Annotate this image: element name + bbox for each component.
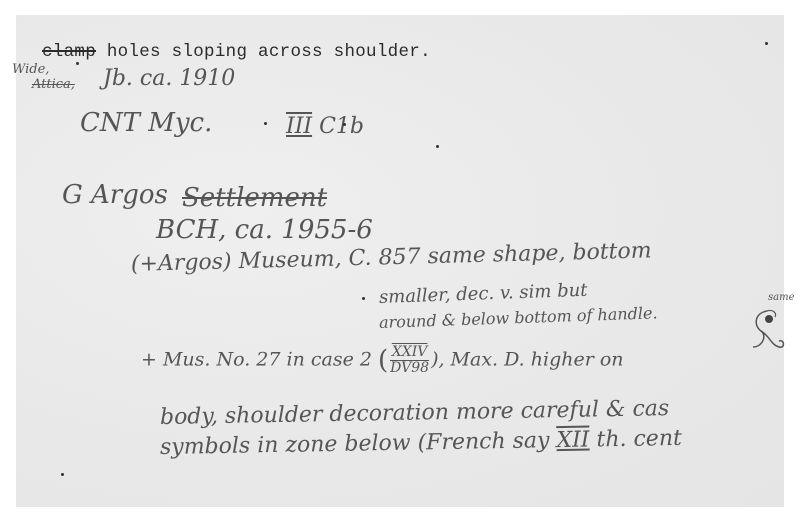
century-roman: XII bbox=[556, 428, 589, 454]
note-card: clamp holes sloping across shoulder. Wid… bbox=[16, 15, 784, 507]
line-body: body, shoulder decoration more careful &… bbox=[160, 396, 670, 430]
spiral-ornament-icon bbox=[749, 307, 789, 357]
class-code: C1b bbox=[319, 114, 364, 139]
note-same: same bbox=[768, 292, 795, 303]
line-smaller: smaller, dec. v. sim but bbox=[379, 280, 588, 308]
line-jb-date: Jb. ca. 1910 bbox=[103, 66, 235, 91]
museum-fraction: XXIVDV98 bbox=[390, 345, 429, 376]
speck bbox=[76, 62, 79, 65]
line-settlement: Settlement bbox=[182, 183, 327, 213]
speck bbox=[343, 123, 346, 126]
typed-text: holes sloping across shoulder. bbox=[96, 42, 431, 62]
speck bbox=[436, 145, 439, 148]
provenance-struck: Attica, bbox=[32, 77, 75, 92]
line-cnt-myc: CNT Myc. bbox=[80, 108, 212, 138]
line-argos: G Argos bbox=[62, 180, 168, 210]
fraction-denominator: DV98 bbox=[390, 361, 429, 376]
symbols-text: symbols in zone below (French say bbox=[160, 428, 550, 460]
speck bbox=[362, 297, 365, 300]
line-around: around & below bottom of handle. bbox=[379, 303, 658, 332]
roman-numeral: III bbox=[286, 114, 312, 139]
typed-line: clamp holes sloping across shoulder. bbox=[42, 42, 431, 62]
fraction-numerator: XXIV bbox=[390, 345, 429, 361]
mus-no-text: + Mus. No. 27 in case 2 bbox=[141, 349, 372, 371]
max-d-text: ), Max. D. higher on bbox=[431, 349, 623, 371]
century-suffix: th. cent bbox=[596, 426, 682, 452]
provenance-insert: Wide, bbox=[12, 62, 49, 77]
speck bbox=[61, 473, 64, 476]
struck-word: clamp bbox=[42, 42, 96, 62]
speck bbox=[765, 42, 768, 45]
line-mus-no: + Mus. No. 27 in case 2 (XXIVDV98), Max.… bbox=[141, 345, 624, 376]
speck bbox=[264, 122, 267, 125]
line-classification: III C1b bbox=[286, 114, 364, 139]
line-symbols: symbols in zone below (French say XII th… bbox=[160, 426, 682, 460]
line-bch: BCH, ca. 1955-6 bbox=[156, 215, 373, 245]
